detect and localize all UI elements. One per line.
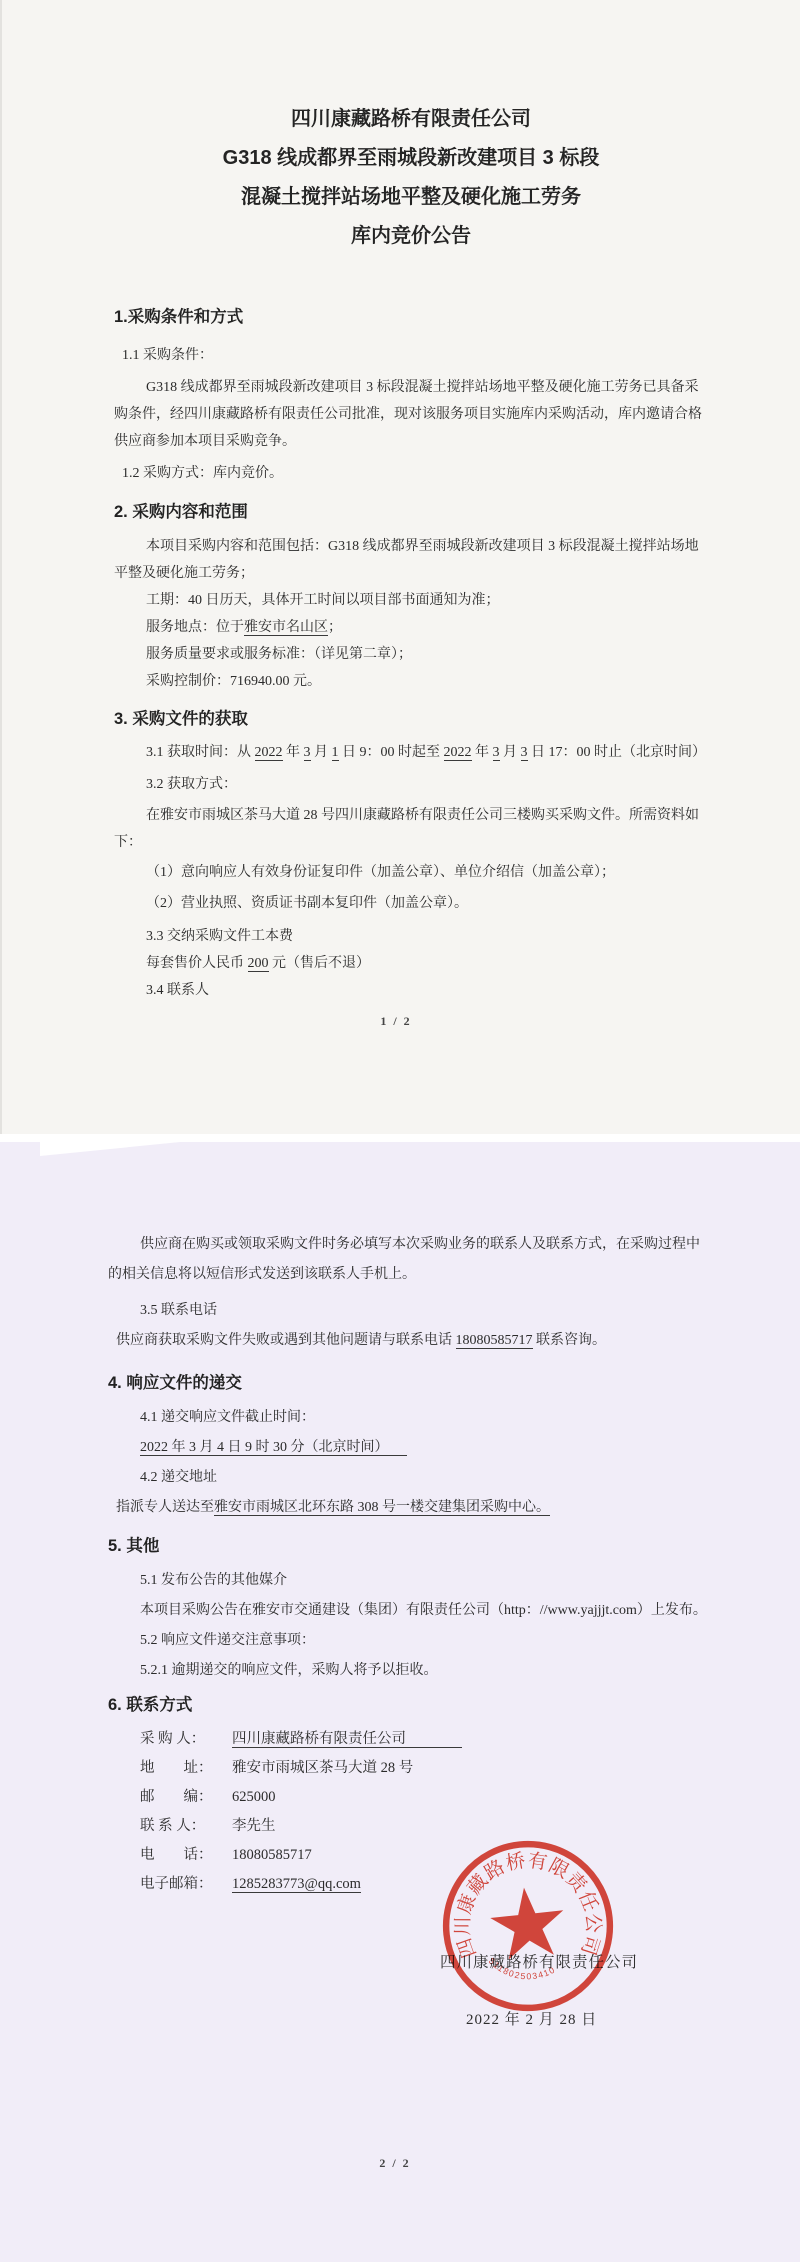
page-separator — [0, 1134, 800, 1142]
hotline-post: 联系咨询。 — [533, 1333, 607, 1348]
page-1: 四川康藏路桥有限责任公司 G318 线成都界至雨城段新改建项目 3 标段 混凝土… — [0, 0, 800, 1134]
obtain-end-month: 3 — [493, 745, 500, 761]
clause-3-2-label: 3.2 获取方式： — [146, 771, 708, 798]
obtain-time-mid: 日 9：00 时起至 — [339, 745, 444, 760]
postcode-label: 邮 编： — [140, 1783, 232, 1812]
service-location-underlined: 雅安市名山区 — [244, 620, 328, 636]
clause-5-2-1: 5.2.1 逾期递交的响应文件，采购人将予以拒收。 — [140, 1656, 708, 1686]
paper-fold-corner — [40, 1142, 180, 1156]
clause-4-1-label: 4.1 递交响应文件截止时间： — [140, 1403, 708, 1433]
required-doc-item-2: （2）营业执照、资质证书副本复印件（加盖公章）。 — [146, 890, 708, 917]
address-label: 地 址： — [140, 1754, 232, 1783]
seal-star-icon — [487, 1884, 567, 1961]
fee-line: 每套售价人民币 200 元（售后不退） — [146, 950, 708, 977]
contact-person-row: 联 系 人：李先生 — [140, 1812, 708, 1841]
obtain-end-year: 2022 — [444, 745, 472, 761]
obtain-end-day: 3 — [521, 745, 528, 761]
fee-amount-underlined: 200 — [248, 956, 269, 972]
deadline-underlined: 2022 年 3 月 4 日 9 时 30 分（北京时间） — [140, 1440, 407, 1456]
required-doc-item-1: （1）意向响应人有效身份证复印件（加盖公章）、单位介绍信（加盖公章）； — [146, 859, 708, 886]
postcode-row: 邮 编：625000 — [140, 1783, 708, 1812]
contact-person-label: 联 系 人： — [140, 1812, 232, 1841]
phone-row: 电 话：18080585717 — [140, 1841, 708, 1870]
delivery-address-pre: 指派专人送达至 — [116, 1500, 214, 1515]
obtain-time-post: 日 17：00 时止（北京时间） — [528, 745, 707, 760]
scanned-procurement-notice: { "page1": { "title1": "四川康藏路桥有限责任公司", "… — [0, 0, 800, 2262]
email-row: 电子邮箱：1285283773@qq.com — [140, 1870, 708, 1899]
title-line-notice-type: 库内竞价公告 — [114, 217, 708, 256]
address-value: 雅安市雨城区茶马大道 28 号 — [232, 1760, 413, 1776]
clause-3-5-label: 3.5 联系电话 — [140, 1296, 708, 1326]
delivery-address-underlined: 雅安市雨城区北环东路 308 号一楼交建集团采购中心。 — [214, 1500, 550, 1516]
fee-pre: 每套售价人民币 — [146, 956, 248, 971]
deadline-line: 2022 年 3 月 4 日 9 时 30 分（北京时间） — [140, 1433, 708, 1463]
clause-3-1-line: 3.1 获取时间：从 2022 年 3 月 1 日 9：00 时起至 2022 … — [114, 739, 708, 766]
document-title: 四川康藏路桥有限责任公司 G318 线成都界至雨城段新改建项目 3 标段 混凝土… — [114, 100, 708, 256]
hotline-number-underlined: 18080585717 — [456, 1333, 533, 1349]
clause-1-2: 1.2 采购方式：库内竞价。 — [122, 460, 708, 487]
address-row: 地 址：雅安市雨城区茶马大道 28 号 — [140, 1754, 708, 1783]
clause-3-2-paragraph: 在雅安市雨城区茶马大道 28 号四川康藏路桥有限责任公司三楼购买采购文件。所需资… — [114, 802, 708, 856]
seal-code-text: 511802503410 — [486, 1950, 558, 1986]
section-6-heading: 6. 联系方式 — [108, 1694, 708, 1717]
section-5-heading: 5. 其他 — [108, 1535, 708, 1558]
page-2: 供应商在购买或领取采购文件时务必填写本次采购业务的联系人及联系方式，在采购过程中… — [0, 1142, 800, 2262]
clause-5-1-paragraph: 本项目采购公告在雅安市交通建设（集团）有限责任公司（http：//www.yaj… — [108, 1596, 708, 1626]
obtain-start-year: 2022 — [255, 745, 283, 761]
section-3-heading: 3. 采购文件的获取 — [114, 708, 708, 731]
title-line-company: 四川康藏路桥有限责任公司 — [114, 100, 708, 139]
duration-line: 工期：40 日历天，具体开工时间以项目部书面通知为准； — [146, 587, 708, 614]
hotline-pre: 供应商获取采购文件失败或遇到其他问题请与联系电话 — [116, 1333, 456, 1348]
buyer-value: 四川康藏路桥有限责任公司 — [232, 1731, 462, 1748]
service-location-post: ； — [328, 620, 342, 635]
email-label: 电子邮箱： — [140, 1870, 232, 1899]
obtain-start-day: 1 — [332, 745, 339, 761]
clause-4-2-label: 4.2 递交地址 — [140, 1463, 708, 1493]
obtain-time-sep-1: 年 — [283, 745, 304, 760]
obtain-time-sep-3: 年 — [472, 745, 493, 760]
postcode-value: 625000 — [232, 1789, 276, 1805]
clause-3-5-line: 供应商获取采购文件失败或遇到其他问题请与联系电话 18080585717 联系咨… — [116, 1326, 708, 1356]
clause-3-3-label: 3.3 交纳采购文件工本费 — [146, 923, 708, 950]
page-1-number: 1 / 2 — [2, 1014, 790, 1029]
clause-5-1-label: 5.1 发布公告的其他媒介 — [140, 1566, 708, 1596]
section-2-heading: 2. 采购内容和范围 — [114, 501, 708, 524]
buyer-row: 采 购 人：四川康藏路桥有限责任公司 — [140, 1725, 708, 1754]
section-4-heading: 4. 响应文件的递交 — [108, 1372, 708, 1395]
company-seal-stamp: 四川康藏路桥有限责任公司 511802503410 — [427, 1825, 629, 2027]
quality-line: 服务质量要求或服务标准：（详见第二章）； — [146, 641, 708, 668]
buyer-label: 采 购 人： — [140, 1725, 232, 1754]
service-location-line: 服务地点：位于雅安市名山区； — [146, 614, 708, 641]
clause-1-1-label: 1.1 采购条件： — [122, 342, 708, 369]
svg-text:511802503410: 511802503410 — [486, 1950, 558, 1986]
obtain-time-sep-4: 月 — [500, 745, 521, 760]
section-1-heading: 1.采购条件和方式 — [114, 306, 708, 329]
phone-value: 18080585717 — [232, 1847, 312, 1863]
service-location-pre: 服务地点：位于 — [146, 620, 244, 635]
control-price-line: 采购控制价：716940.00 元。 — [146, 668, 708, 695]
title-line-service: 混凝土搅拌站场地平整及硬化施工劳务 — [114, 178, 708, 217]
page-2-number: 2 / 2 — [0, 2156, 790, 2171]
supplier-contact-paragraph: 供应商在购买或领取采购文件时务必填写本次采购业务的联系人及联系方式，在采购过程中… — [108, 1230, 708, 1290]
clause-1-1-paragraph: G318 线成都界至雨城段新改建项目 3 标段混凝土搅拌站场地平整及硬化施工劳务… — [114, 374, 708, 455]
obtain-time-sep-2: 月 — [311, 745, 332, 760]
contact-block: 采 购 人：四川康藏路桥有限责任公司 地 址：雅安市雨城区茶马大道 28 号 邮… — [140, 1725, 708, 1899]
title-line-project: G318 线成都界至雨城段新改建项目 3 标段 — [114, 139, 708, 178]
contact-person-value: 李先生 — [232, 1818, 276, 1834]
obtain-start-month: 3 — [304, 745, 311, 761]
obtain-time-pre: 3.1 获取时间：从 — [146, 745, 255, 760]
delivery-address-line: 指派专人送达至雅安市雨城区北环东路 308 号一楼交建集团采购中心。 — [116, 1493, 708, 1523]
phone-label: 电 话： — [140, 1841, 232, 1870]
clause-5-2-label: 5.2 响应文件递交注意事项： — [140, 1626, 708, 1656]
fee-post: 元（售后不退） — [269, 956, 371, 971]
email-value: 1285283773@qq.com — [232, 1876, 361, 1893]
section-2-paragraph: 本项目采购内容和范围包括：G318 线成都界至雨城段新改建项目 3 标段混凝土搅… — [114, 533, 708, 587]
clause-3-4-label: 3.4 联系人 — [146, 977, 708, 1004]
